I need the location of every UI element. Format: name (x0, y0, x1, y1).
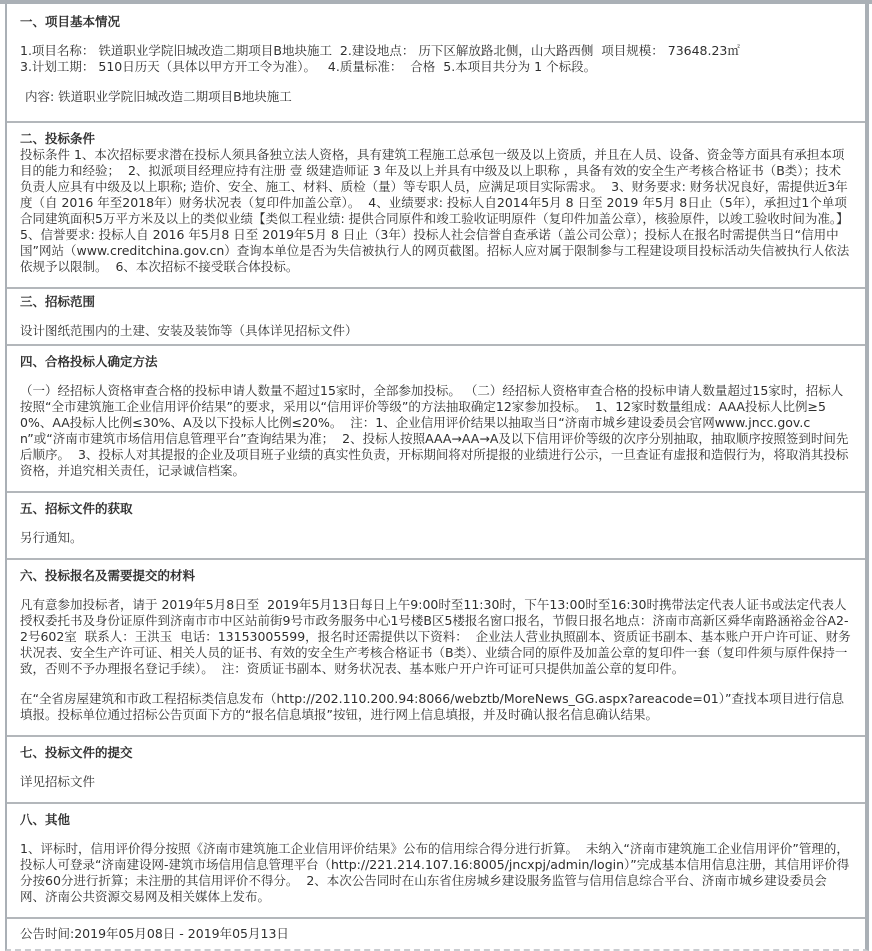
section-paragraph: 3.计划工期： 510日历天（具体以甲方开工令为准）。 4.质量标准： 合格 5… (20, 59, 851, 75)
section-document-acquisition: 五、招标文件的获取 另行通知。 (7, 491, 865, 558)
section-paragraph: 详见招标文件 (20, 774, 851, 790)
section-project-overview: 一、项目基本情况 1.项目名称： 铁道职业学院旧城改造二期项目B地块施工 2.建… (7, 4, 865, 121)
section-paragraph: 1.项目名称： 铁道职业学院旧城改造二期项目B地块施工 2.建设地点： 历下区解… (20, 43, 851, 59)
section-title: 八、其他 (20, 812, 851, 828)
section-title: 七、投标文件的提交 (20, 745, 851, 761)
announcement-table: 一、项目基本情况 1.项目名称： 铁道职业学院旧城改造二期项目B地块施工 2.建… (5, 4, 869, 951)
section-title: 四、合格投标人确定方法 (20, 354, 851, 370)
section-paragraph: 设计图纸范围内的土建、安装及装饰等（具体详见招标文件） (20, 323, 851, 339)
section-title: 一、项目基本情况 (20, 14, 851, 30)
project-content-line: 内容: 铁道职业学院旧城改造二期项目B地块施工 (20, 89, 851, 105)
section-registration-materials: 六、投标报名及需要提交的材料 凡有意参加投标者，请于 2019年5月8日至 20… (7, 558, 865, 735)
section-paragraph: 在“全省房屋建筑和市政工程招标类信息发布（http://202.110.200.… (20, 691, 851, 723)
section-qualified-bidder-method: 四、合格投标人确定方法 （一）经招标人资格审查合格的投标申请人数量不超过15家时… (7, 344, 865, 491)
section-title: 二、投标条件 (20, 131, 851, 147)
section-paragraph: 投标条件 1、本次招标要求潜在投标人须具备独立法人资格，具有建筑工程施工总承包一… (20, 147, 851, 275)
section-bid-conditions: 二、投标条件 投标条件 1、本次招标要求潜在投标人须具备独立法人资格，具有建筑工… (7, 121, 865, 287)
section-paragraph: 凡有意参加投标者，请于 2019年5月8日至 2019年5月13日每日上午9:0… (20, 597, 851, 677)
section-title: 五、招标文件的获取 (20, 501, 851, 517)
section-title: 三、招标范围 (20, 294, 851, 310)
announcement-period-row: 公告时间:2019年05月08日 - 2019年05月13日 (7, 917, 865, 949)
section-title: 六、投标报名及需要提交的材料 (20, 568, 851, 584)
announcement-period: 公告时间:2019年05月08日 - 2019年05月13日 (20, 926, 851, 942)
tender-announcement-document: 一、项目基本情况 1.项目名称： 铁道职业学院旧城改造二期项目B地块施工 2.建… (0, 0, 872, 951)
section-paragraph: （一）经招标人资格审查合格的投标申请人数量不超过15家时，全部参加投标。 （二）… (20, 383, 851, 479)
section-bid-scope: 三、招标范围 设计图纸范围内的土建、安装及装饰等（具体详见招标文件） (7, 287, 865, 344)
section-bid-submission: 七、投标文件的提交 详见招标文件 (7, 735, 865, 802)
section-paragraph: 另行通知。 (20, 530, 851, 546)
section-paragraph: 1、评标时，信用评价得分按照《济南市建筑施工企业信用评价结果》公布的信用综合得分… (20, 841, 851, 905)
section-other: 八、其他 1、评标时，信用评价得分按照《济南市建筑施工企业信用评价结果》公布的信… (7, 802, 865, 917)
